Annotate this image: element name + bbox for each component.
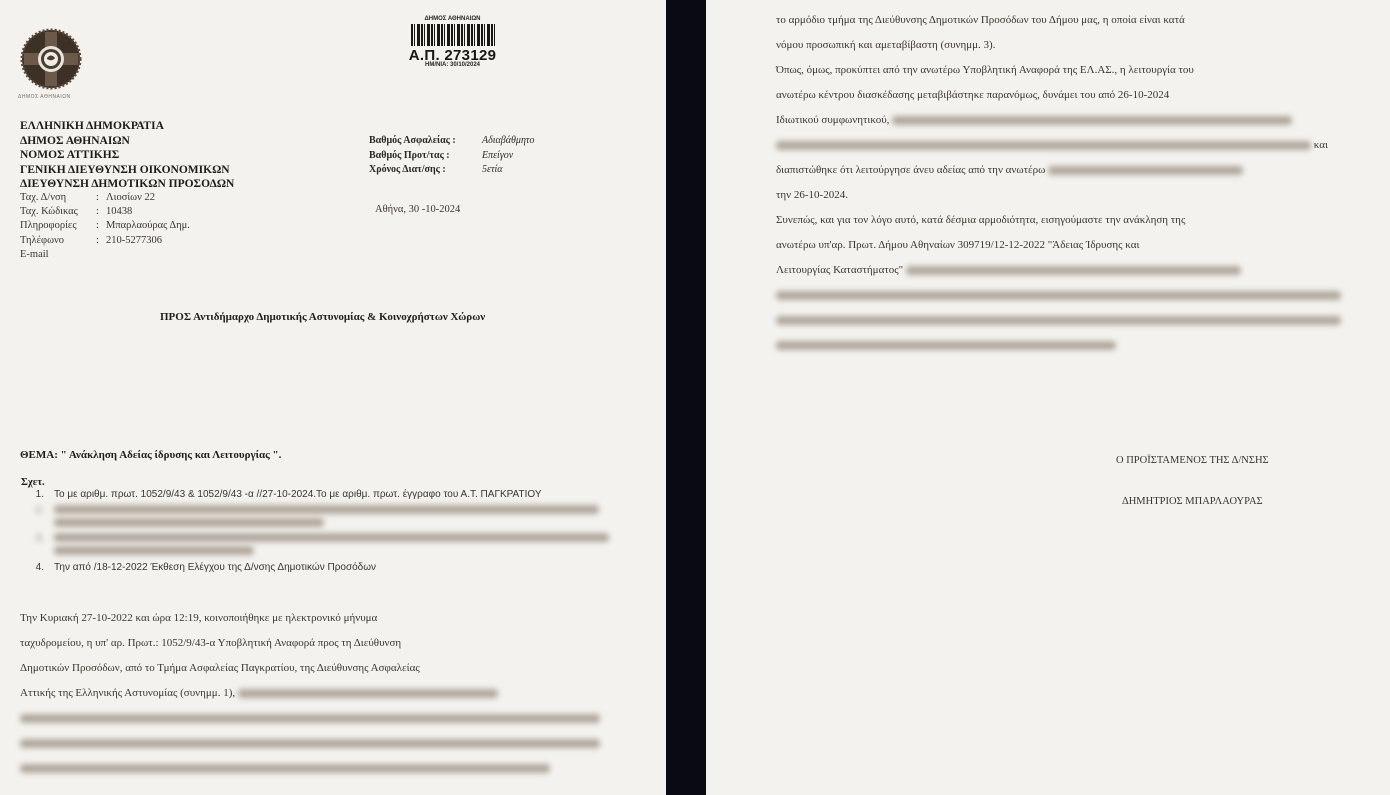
related-doc-item: 1. Το με αριθμ. πρωτ. 1052/9/43 & 1052/9… xyxy=(22,489,612,502)
body-line: Όπως, όμως, προκύπτει από την ανωτέρω Υπ… xyxy=(776,58,1346,83)
org-line: ΔΙΕΥΘΥΝΣΗ ΔΗΜΟΤΙΚΩΝ ΠΡΟΣΟΔΩΝ xyxy=(20,177,234,192)
redacted-text xyxy=(906,266,1241,275)
contact-row-email: E-mail xyxy=(20,248,190,262)
classification-block: Βαθμός Ασφαλείας :Αδιαβάθμητο Βαθμός Προ… xyxy=(369,134,535,178)
contact-row-info: Πληροφορίες:Μπαρλαούρας Δημ. xyxy=(20,219,190,233)
signatory-name: ΔΗΜΗΤΡΙΟΣ ΜΠΑΡΛΑΟΥΡΑΣ xyxy=(1116,496,1269,507)
body-line: Λειτουργίας Καταστήματος" xyxy=(776,258,1346,283)
document-page-right: το αρμόδιο τμήμα της Διεύθυνσης Δημοτικώ… xyxy=(706,0,1390,795)
body-line: ταχυδρομείου, η υπ' αρ. Πρωτ.: 1052/9/43… xyxy=(20,631,604,656)
logo-caption: ΔΗΜΟΣ ΑΘΗΝΑΙΩΝ xyxy=(18,94,71,100)
related-docs-list: 1. Το με αριθμ. πρωτ. 1052/9/43 & 1052/9… xyxy=(22,489,612,574)
related-doc-item: 4. Την από /18-12-2022 Έκθεση Ελέγχου τη… xyxy=(22,562,612,575)
barcode-icon xyxy=(411,24,495,46)
retention-period: Χρόνος Διατ/σης :5ετία xyxy=(369,163,535,178)
redacted-line xyxy=(776,283,1346,308)
body-line: ανωτέρω υπ'αρ. Πρωτ. Δήμου Αθηναίων 3097… xyxy=(776,233,1346,258)
issuing-organization: ΕΛΛΗΝΙΚΗ ΔΗΜΟΚΡΑΤΙΑ ΔΗΜΟΣ ΑΘΗΝΑΙΩΝ ΝΟΜΟΣ… xyxy=(20,119,234,192)
related-docs-title: Σχετ. xyxy=(21,477,45,488)
related-doc-item-redacted: 3. xyxy=(22,533,612,558)
body-line: το αρμόδιο τμήμα της Διεύθυνσης Δημοτικώ… xyxy=(776,8,1346,33)
redacted-line xyxy=(20,706,604,731)
body-line: και xyxy=(776,133,1346,158)
body-line: Ιδιωτικού συμφωνητικού, xyxy=(776,108,1346,133)
body-line: Την Κυριακή 27-10-2022 και ώρα 12:19, κο… xyxy=(20,606,604,631)
body-line: νόμου προσωπική και αμεταβίβαστη (συνημμ… xyxy=(776,33,1346,58)
security-level: Βαθμός Ασφαλείας :Αδιαβάθμητο xyxy=(369,134,535,149)
body-line: Δημοτικών Προσόδων, από το Τμήμα Ασφαλεί… xyxy=(20,656,604,681)
recipient: ΠΡΟΣ Αντιδήμαρχο Δημοτικής Αστυνομίας & … xyxy=(160,311,485,323)
body-line: ανωτέρω κέντρου διασκέδασης μεταβιβάστηκ… xyxy=(776,83,1346,108)
page-divider xyxy=(666,0,706,795)
redacted-text xyxy=(892,116,1292,125)
body-paragraph: Την Κυριακή 27-10-2022 και ώρα 12:19, κο… xyxy=(20,606,604,781)
redacted-line xyxy=(776,308,1346,333)
protocol-stamp: ΔΗΜΟΣ ΑΘΗΝΑΙΩΝ Α.Π. 273129 ΗΜ/ΝΙΑ: 30/10… xyxy=(405,16,500,68)
contact-row-address: Ταχ. Δ/νση:Λιοσίων 22 xyxy=(20,191,190,205)
priority-level: Βαθμός Προτ/τας :Επείγον xyxy=(369,149,535,164)
redacted-text xyxy=(776,141,1311,150)
org-line: ΕΛΛΗΝΙΚΗ ΔΗΜΟΚΡΑΤΙΑ xyxy=(20,119,234,134)
signature-block: Ο ΠΡΟΪΣΤΑΜΕΝΟΣ ΤΗΣ Δ/ΝΣΗΣ ΔΗΜΗΤΡΙΟΣ ΜΠΑΡ… xyxy=(1116,455,1269,507)
contact-row-postcode: Ταχ. Κώδικας:10438 xyxy=(20,205,190,219)
redacted-line xyxy=(776,333,1346,358)
stamp-header: ΔΗΜΟΣ ΑΘΗΝΑΙΩΝ xyxy=(405,16,500,22)
municipality-logo-icon xyxy=(20,28,82,90)
related-doc-item-redacted: 2. xyxy=(22,505,612,530)
body-line: Αττικής της Ελληνικής Αστυνομίας (συνημμ… xyxy=(20,681,604,706)
body-line: διαπιστώθηκε ότι λειτούργησε άνευ αδείας… xyxy=(776,158,1346,183)
org-line: ΓΕΝΙΚΗ ΔΙΕΥΘΥΝΣΗ ΟΙΚΟΝΟΜΙΚΩΝ xyxy=(20,163,234,178)
body-line: την 26-10-2024. xyxy=(776,183,1346,208)
redacted-line xyxy=(20,731,604,756)
document-date: Αθήνα, 30 -10-2024 xyxy=(375,204,460,215)
contact-row-phone: Τηλέφωνο:210-5277306 xyxy=(20,234,190,248)
org-line: ΔΗΜΟΣ ΑΘΗΝΑΙΩΝ xyxy=(20,134,234,149)
redacted-text xyxy=(1048,166,1243,175)
redacted-line xyxy=(20,756,604,781)
document-page-left: ΔΗΜΟΣ ΑΘΗΝΑΙΩΝ ΕΛΛΗΝΙΚΗ ΔΗΜΟΚΡΑΤΙΑ ΔΗΜΟΣ… xyxy=(0,0,666,795)
redacted-text xyxy=(238,689,498,698)
org-line: ΝΟΜΟΣ ΑΤΤΙΚΗΣ xyxy=(20,148,234,163)
signatory-title: Ο ΠΡΟΪΣΤΑΜΕΝΟΣ ΤΗΣ Δ/ΝΣΗΣ xyxy=(1116,455,1269,466)
contact-details: Ταχ. Δ/νση:Λιοσίων 22 Ταχ. Κώδικας:10438… xyxy=(20,191,190,262)
body-paragraph-continued: το αρμόδιο τμήμα της Διεύθυνσης Δημοτικώ… xyxy=(776,8,1346,358)
body-line: Συνεπώς, και για τον λόγο αυτό, κατά δέσ… xyxy=(776,208,1346,233)
subject-line: ΘΕΜΑ: " Ανάκληση Αδείας ίδρυσης και Λειτ… xyxy=(20,449,281,461)
